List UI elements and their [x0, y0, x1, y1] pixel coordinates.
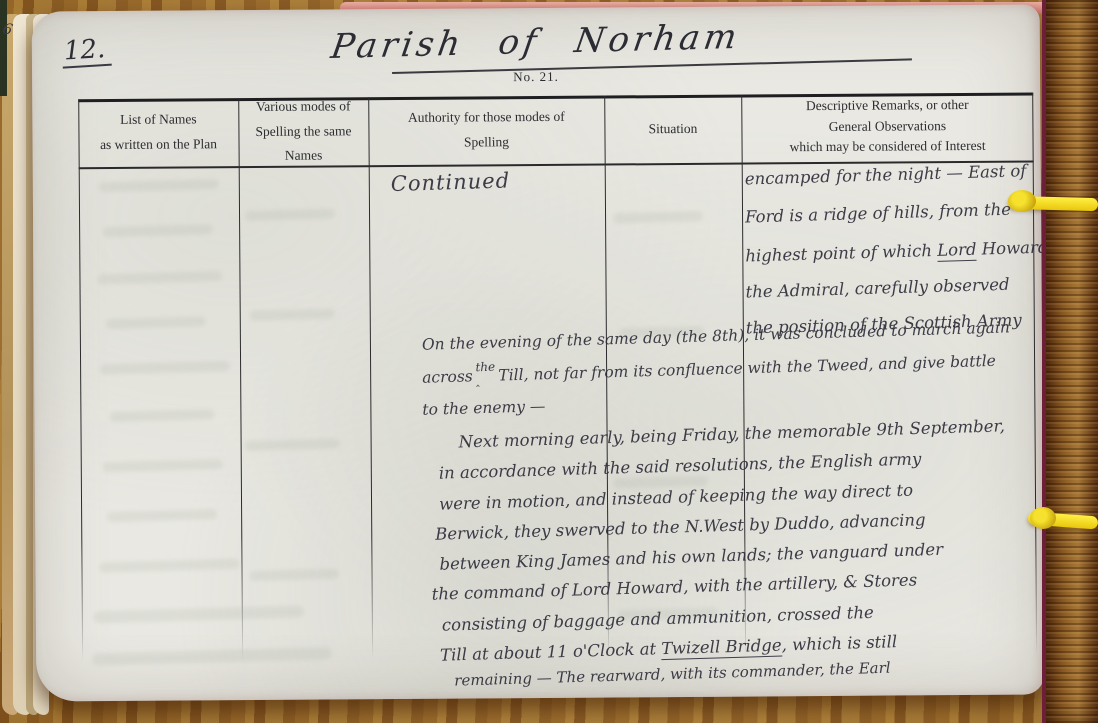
- document-page: 12. Parish of Norham No. 21. List of Nam…: [32, 4, 1045, 701]
- bleedthrough-mark: [249, 568, 339, 581]
- page-title: Parish of Norham: [27, 10, 1044, 75]
- bleedthrough-mark: [92, 647, 332, 666]
- bleedthrough-mark: [106, 316, 206, 329]
- table-left-rule: [78, 99, 83, 661]
- paragraph2-line-6: the command of Lord Howard, with the art…: [431, 570, 917, 603]
- bleedthrough-mark: [99, 559, 239, 573]
- header-line: List of Names: [120, 107, 197, 133]
- bleedthrough-mark: [103, 459, 223, 472]
- bleedthrough-mark: [94, 605, 304, 623]
- header-line: Various modes of: [256, 94, 351, 120]
- paragraph2-line-5: between King James and his own lands; th…: [439, 540, 943, 574]
- remarks-line-3-pre: highest point of which: [745, 241, 937, 266]
- paragraph1-line-2: acrosstheTill, not far from its confluen…: [422, 352, 996, 387]
- column-header-situation: Situation: [604, 97, 741, 162]
- bleedthrough-mark: [245, 438, 340, 451]
- header-line: which may be considered of Interest: [789, 136, 985, 158]
- column-header-names: List of Names as written on the Plan: [78, 100, 238, 165]
- bleedthrough-mark: [97, 271, 222, 284]
- column-rule-2: [368, 97, 373, 659]
- remarks-line-2: Ford is a ridge of hills, from the: [745, 200, 1012, 227]
- column-rule-1: [238, 98, 243, 660]
- header-line: Descriptive Remarks, or other: [806, 95, 969, 117]
- bleedthrough-mark: [109, 409, 214, 422]
- table-right-rule: [1032, 93, 1037, 655]
- binding-cord-hole-top: [1008, 190, 1036, 212]
- paragraph2-line-1: Next morning early, being Friday, the me…: [458, 416, 1005, 451]
- bleedthrough-mark: [100, 361, 230, 375]
- remarks-line-4: the Admiral, carefully observed: [745, 275, 1009, 302]
- paragraph2-line-8-post: , which is still: [781, 632, 897, 654]
- paragraph1-line-3: to the enemy —: [422, 397, 545, 419]
- remarks-line-1: encamped for the night — East of: [745, 161, 1027, 188]
- remarks-line-3-post: Howard: [976, 238, 1049, 259]
- paragraph2-line-9: remaining — The rearward, with its comma…: [454, 659, 891, 690]
- bleedthrough-mark: [245, 208, 335, 221]
- paragraph2-line-4: Berwick, they swerved to the N.West by D…: [435, 510, 926, 544]
- header-line: Spelling the same Names: [238, 119, 368, 170]
- bleedthrough-mark: [107, 509, 217, 522]
- remarks-line-3-underlined: Lord: [937, 240, 977, 262]
- header-line: Spelling: [464, 130, 509, 155]
- spine-texture: [1046, 0, 1098, 723]
- column-header-spelling-modes: Various modes of Spelling the same Names: [238, 99, 368, 164]
- bleedthrough-mark: [103, 224, 213, 237]
- bleedthrough-mark: [250, 309, 335, 321]
- bleedthrough-mark: [613, 211, 703, 224]
- photo-edge: [0, 0, 7, 96]
- bleedthrough-mark: [99, 179, 219, 192]
- book-spine: [1042, 0, 1098, 723]
- binding-cord-hole-bottom: [1030, 507, 1056, 529]
- inserted-word: the: [475, 360, 495, 375]
- paragraph2-line-8-underlined: Twizell Bridge: [661, 636, 782, 661]
- photograph-of-parish-register: 6 12. Parish of Norham No. 21. List of N…: [0, 0, 1098, 723]
- column-header-remarks: Descriptive Remarks, or other General Ob…: [741, 93, 1033, 161]
- paragraph1-line-2-post: Till, not far from its confluence with t…: [498, 352, 996, 385]
- paragraph1-line-2-pre: across: [422, 367, 473, 386]
- header-line: as written on the Plan: [100, 132, 217, 158]
- paragraph2-line-7: consisting of baggage and ammunition, cr…: [442, 603, 874, 635]
- header-line: Authority for those modes of: [408, 105, 565, 131]
- header-line: Situation: [648, 116, 697, 141]
- paragraph2-line-8-pre: Till at about 11 o'Clock at: [440, 639, 662, 665]
- header-line: General Observations: [829, 116, 946, 138]
- column-header-authority: Authority for those modes of Spelling: [368, 98, 604, 164]
- remarks-line-3: highest point of which Lord Howard: [745, 238, 1049, 266]
- continued-label: Continued: [390, 168, 510, 196]
- paragraph1-line-1: On the evening of the same day (the 8th)…: [422, 318, 1010, 353]
